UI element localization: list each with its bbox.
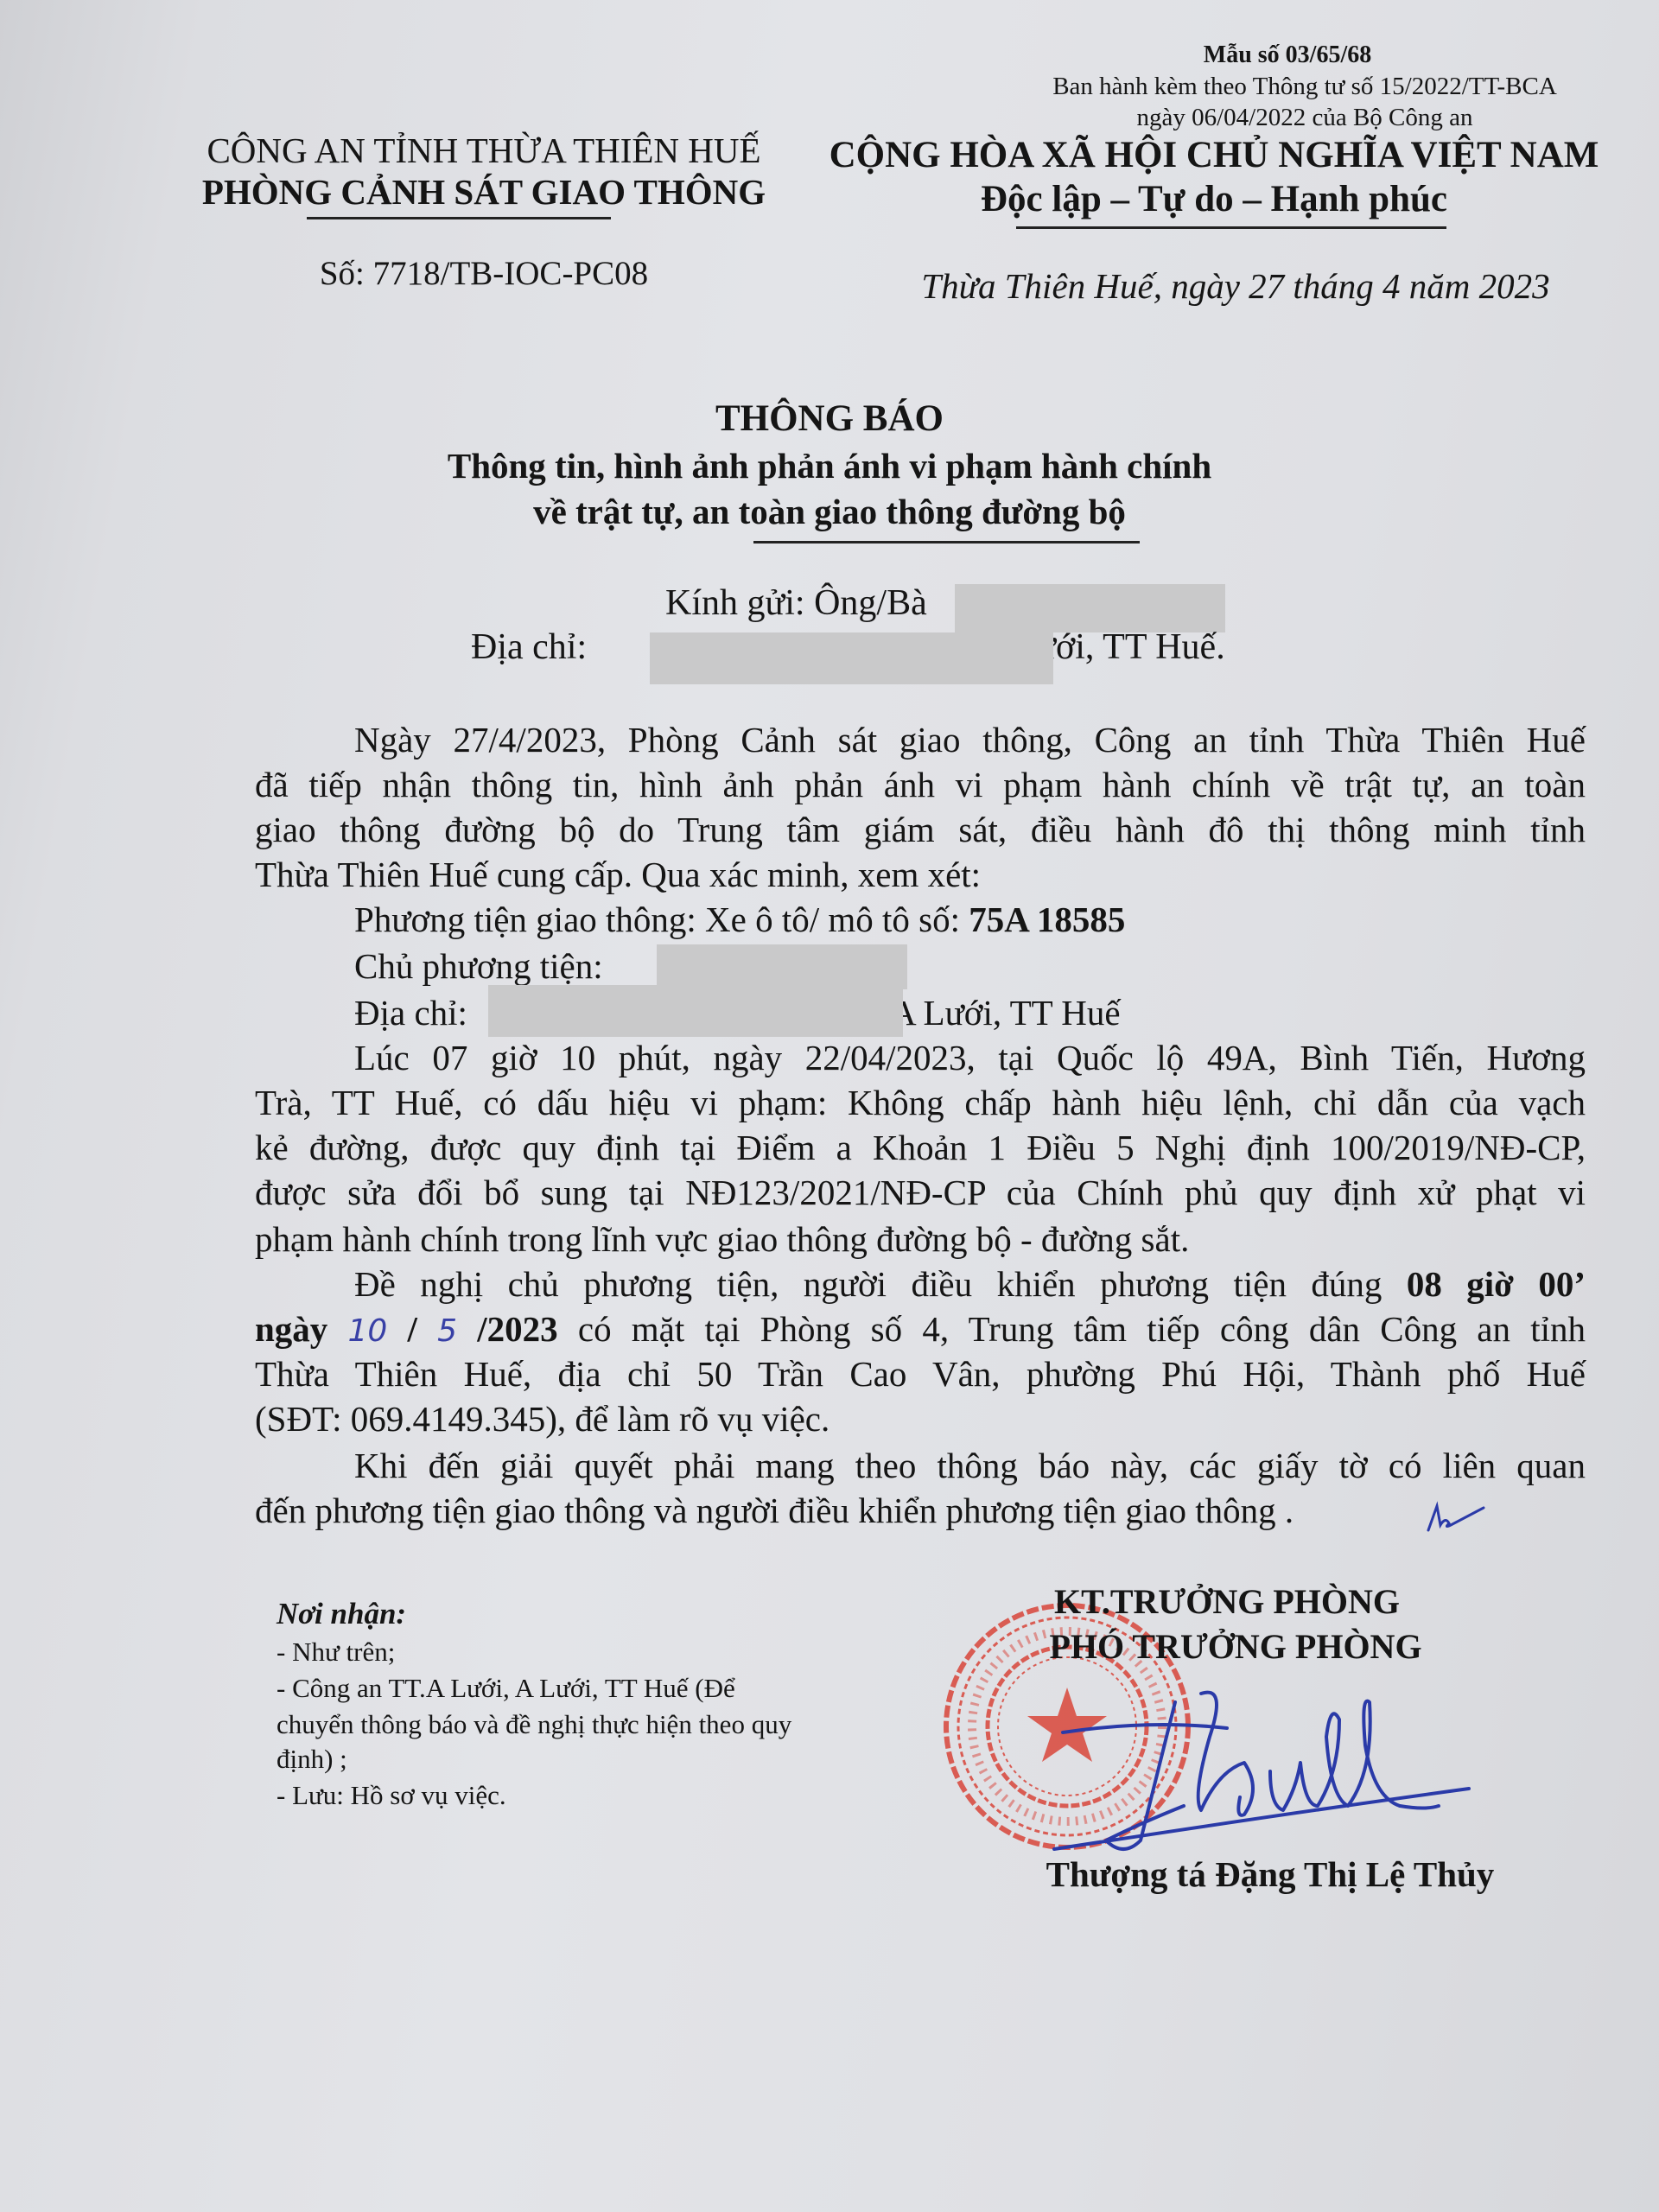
- owner-address-label: Địa chỉ:: [354, 993, 467, 1033]
- redacted-recipient-address: [650, 632, 1053, 684]
- document-title: THÔNG BÁO: [0, 397, 1659, 440]
- place-and-date: Thừa Thiên Huế, ngày 27 tháng 4 năm 2023: [864, 265, 1607, 307]
- paragraph-2-line: được sửa đổi bổ sung tại NĐ123/2021/NĐ-C…: [255, 1172, 1586, 1213]
- paragraph-3-line: ngày 10 / 5 /2023 có mặt tại Phòng số 4,…: [255, 1308, 1586, 1350]
- paragraph-2-line: Trà, TT Huế, có dấu hiệu vi phạm: Không …: [255, 1082, 1586, 1123]
- agency-underline-divider: [307, 217, 611, 219]
- recipients-item: - Lưu: Hồ sơ vụ việc.: [276, 1780, 506, 1811]
- form-issued-line-2: ngày 06/04/2022 của Bộ Công an: [1020, 104, 1590, 132]
- agency-parent: CÔNG AN TỈNH THỪA THIÊN HUẾ: [181, 130, 786, 171]
- paragraph-2-line: phạm hành chính trong lĩnh vực giao thôn…: [255, 1218, 1586, 1260]
- initial-mark-icon: [1421, 1499, 1491, 1534]
- paragraph-2-line: kẻ đường, được quy định tại Điểm a Khoản…: [255, 1127, 1586, 1168]
- paragraph-1-line: Ngày 27/4/2023, Phòng Cảnh sát giao thôn…: [354, 719, 1586, 760]
- signature-title-2: PHÓ TRƯỞNG PHÒNG: [968, 1626, 1503, 1667]
- handwritten-day: 10: [348, 1313, 388, 1349]
- vehicle-plate: 75A 18585: [969, 899, 1125, 939]
- recipient-greeting: Kính gửi: Ông/Bà: [665, 582, 927, 624]
- recipients-title: Nơi nhận:: [276, 1597, 406, 1631]
- motto-underline-divider: [1016, 226, 1446, 229]
- document-subtitle-line-2: về trật tự, an toàn giao thông đường bộ: [0, 491, 1659, 532]
- paragraph-3-line: Thừa Thiên Huế, địa chỉ 50 Trần Cao Vân,…: [255, 1353, 1586, 1395]
- agency-name: PHÒNG CẢNH SÁT GIAO THÔNG: [181, 171, 786, 213]
- signer-name: Thượng tá Đặng Thị Lệ Thủy: [976, 1853, 1564, 1895]
- appointment-text: Đề nghị chủ phương tiện, người điều khiể…: [354, 1264, 1407, 1304]
- recipients-item: - Như trên;: [276, 1637, 395, 1668]
- appointment-date-label: ngày: [255, 1309, 348, 1349]
- owner-address-suffix: A Lưới, TT Huế: [891, 993, 1121, 1033]
- appointment-year: /2023: [477, 1309, 557, 1349]
- document-subtitle-line-1: Thông tin, hình ảnh phản ánh vi phạm hàn…: [0, 445, 1659, 486]
- redacted-owner-name: [657, 944, 907, 989]
- recipients-item: chuyển thông báo và đề nghị thực hiện th…: [276, 1709, 791, 1740]
- owner-info: Chủ phương tiện:: [354, 945, 1586, 987]
- vehicle-label: Phương tiện giao thông: Xe ô tô/ mô tô s…: [354, 899, 969, 939]
- form-number: Mẫu số 03/65/68: [1020, 41, 1555, 69]
- recipients-item: định) ;: [276, 1744, 347, 1775]
- signature-title-1: KT.TRƯỞNG PHÒNG: [968, 1581, 1486, 1622]
- appointment-time: 08 giờ 00’: [1407, 1264, 1586, 1304]
- redacted-recipient-name: [955, 584, 1225, 632]
- paragraph-3-line: (SĐT: 069.4149.345), để làm rõ vụ việc.: [255, 1398, 1586, 1440]
- subtitle-underline-divider: [753, 541, 1140, 543]
- nation-motto: Độc lập – Tự do – Hạnh phúc: [825, 178, 1603, 220]
- paragraph-3-line: Đề nghị chủ phương tiện, người điều khiể…: [354, 1263, 1586, 1305]
- paragraph-1-line: đã tiếp nhận thông tin, hình ảnh phản án…: [255, 764, 1586, 805]
- redacted-owner-address: [488, 985, 903, 1037]
- recipient-address-label: Địa chỉ:: [471, 627, 587, 667]
- form-issued-line-1: Ban hành kèm theo Thông tư số 15/2022/TT…: [1020, 73, 1590, 101]
- handwritten-month: 5: [437, 1313, 457, 1349]
- appointment-place: có mặt tại Phòng số 4, Trung tâm tiếp cô…: [558, 1309, 1586, 1349]
- paragraph-4-line: đến phương tiện giao thông và người điều…: [255, 1490, 1586, 1531]
- paragraph-1-line: Thừa Thiên Huế cung cấp. Qua xác minh, x…: [255, 854, 1586, 895]
- handwritten-signature-icon: [1020, 1668, 1503, 1866]
- paragraph-1-line: giao thông đường bộ do Trung tâm giám sá…: [255, 809, 1586, 850]
- paragraph-2-line: Lúc 07 giờ 10 phút, ngày 22/04/2023, tại…: [354, 1037, 1586, 1078]
- paragraph-4-line: Khi đến giải quyết phải mang theo thông …: [354, 1445, 1586, 1486]
- nation-title: CỘNG HÒA XÃ HỘI CHỦ NGHĨA VIỆT NAM: [825, 134, 1603, 176]
- vehicle-info: Phương tiện giao thông: Xe ô tô/ mô tô s…: [354, 899, 1586, 940]
- recipients-item: - Công an TT.A Lưới, A Lưới, TT Huế (Để: [276, 1673, 735, 1704]
- document-number: Số: 7718/TB-IOC-PC08: [181, 254, 786, 293]
